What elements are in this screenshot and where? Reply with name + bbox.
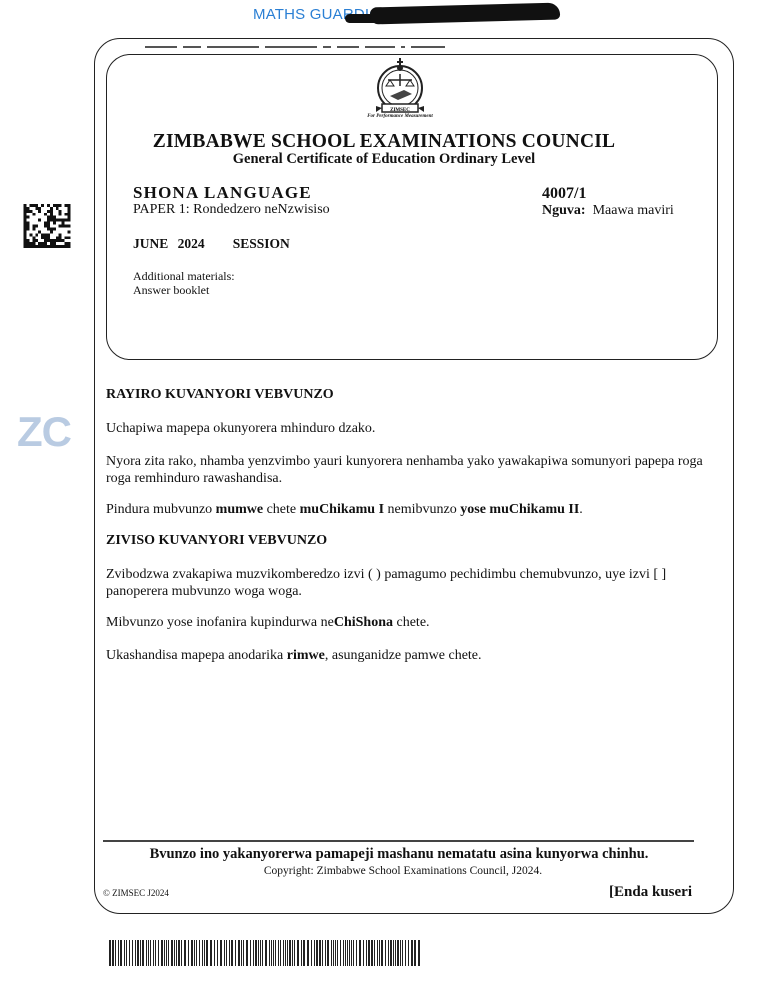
datamatrix-code-icon: [23, 204, 71, 248]
information-item: Mibvunzo yose inofanira kupindurwa neChi…: [106, 615, 706, 632]
copyright: Copyright: Zimbabwe School Examinations …: [0, 865, 768, 877]
information-heading: ZIVISO KUVANYORI VEBVUNZO: [106, 533, 706, 550]
additional-materials: Additional materials: Answer booklet: [133, 269, 235, 297]
additional-materials-label: Additional materials:: [133, 269, 235, 283]
duration-label: Nguva:: [542, 203, 586, 218]
instruction-item: Uchapiwa mapepa okunyorera mhinduro dzak…: [106, 421, 706, 438]
watermark-side-label: ZC: [17, 408, 71, 456]
information-item: Zvibodzwa zvakapiwa muzvikomberedzo izvi…: [106, 567, 706, 600]
duration: Nguva: Maawa maviri: [542, 203, 674, 219]
subject-title: SHONA LANGUAGE: [133, 183, 312, 203]
session: JUNE 2024 SESSION: [133, 236, 290, 252]
svg-text:ZIMSEC: ZIMSEC: [390, 108, 410, 113]
instructions-heading: RAYIRO KUVANYORI VEBVUNZO: [106, 387, 706, 404]
duration-value: Maawa maviri: [593, 203, 674, 218]
council-title: ZIMBABWE SCHOOL EXAMINATIONS COUNCIL: [0, 131, 768, 153]
barcode-icon: [109, 940, 423, 966]
information-item: Ukashandisa mapepa anodarika rimwe, asun…: [106, 648, 706, 665]
level-title: General Certificate of Education Ordinar…: [0, 151, 768, 168]
page-count-note: Bvunzo ino yakanyorerwa pamapeji mashanu…: [0, 846, 768, 863]
paper-title: PAPER 1: Rondedzero neNzwisiso: [133, 202, 330, 218]
dashed-line: [145, 46, 465, 48]
paper-code: 4007/1: [542, 185, 586, 203]
instruction-item: Pindura mubvunzo mumwe chete muChikamu I…: [106, 502, 706, 519]
logo-caption: For Performance Measurement: [342, 114, 458, 119]
redaction-mark: [370, 3, 560, 25]
turn-over: [Enda kuseri: [609, 884, 692, 901]
zimsec-mark: © ZIMSEC J2024: [103, 888, 169, 898]
zimsec-logo-icon: ZIMSEC: [362, 56, 438, 122]
instruction-item: Nyora zita rako, nhamba yenzvimbo yauri …: [106, 454, 706, 487]
additional-materials-value: Answer booklet: [133, 283, 235, 297]
footer-rule: [103, 840, 694, 842]
